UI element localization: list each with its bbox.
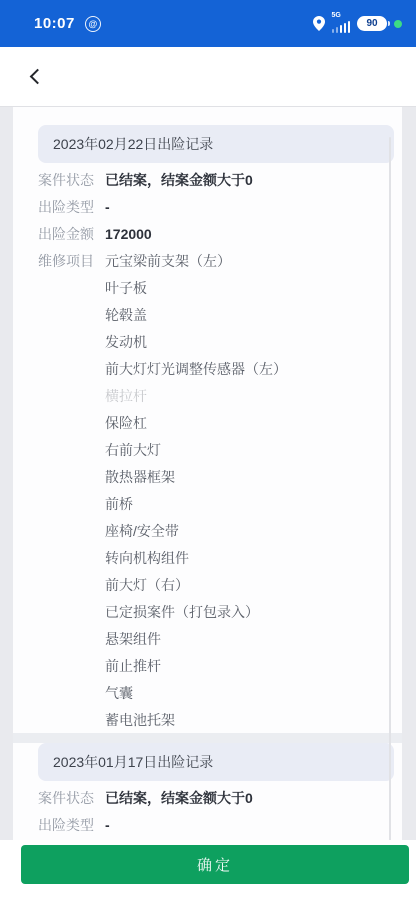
- field-row-case-status: 案件状态 已结案，结案金额大于0: [38, 166, 394, 193]
- repair-item: 右前大灯: [105, 440, 161, 460]
- repair-item: 前大灯（右）: [105, 575, 189, 595]
- repair-item: 叶子板: [105, 278, 147, 298]
- repair-item: 气囊: [105, 683, 133, 703]
- signal-icon: 5G: [332, 14, 351, 33]
- repair-item: 转向机构组件: [105, 548, 189, 568]
- status-dot-icon: [394, 20, 402, 28]
- repair-item: 蓄电池托架: [105, 710, 175, 730]
- location-icon: [313, 16, 325, 31]
- repair-item: 保险杠: [105, 413, 147, 433]
- repair-item-row: 座椅/安全带: [38, 517, 394, 544]
- repair-item: 悬架组件: [105, 629, 161, 649]
- battery-icon: 90: [357, 16, 387, 31]
- repair-item: 前桥: [105, 494, 133, 514]
- screen: 10:07 @ 5G 90 2023: [0, 0, 416, 900]
- repair-item-row: 散热器框架: [38, 463, 394, 490]
- back-button[interactable]: [18, 60, 52, 94]
- status-bar: 10:07 @ 5G 90: [0, 0, 416, 47]
- content-area: 2023年02月22日出险记录 案件状态 已结案，结案金额大于0 出险类型 - …: [0, 107, 416, 899]
- field-value: 已结案，结案金额大于0: [105, 788, 253, 808]
- records-panel: 2023年02月22日出险记录 案件状态 已结案，结案金额大于0 出险类型 - …: [13, 107, 402, 899]
- battery-percent: 90: [366, 18, 377, 29]
- repair-item: 横拉杆: [105, 386, 147, 406]
- repair-item: 发动机: [105, 332, 147, 352]
- record-card-1: 2023年02月22日出险记录 案件状态 已结案，结案金额大于0 出险类型 - …: [13, 125, 402, 733]
- repair-item-row: 发动机: [38, 328, 394, 355]
- field-label: 出险类型: [38, 815, 105, 835]
- repair-item: 轮毂盖: [105, 305, 147, 325]
- field-label: 出险类型: [38, 197, 105, 217]
- repair-item: 元宝梁前支架（左）: [105, 251, 231, 271]
- scrollbar[interactable]: [389, 137, 391, 847]
- repair-item-row: 叶子板: [38, 274, 394, 301]
- field-label: 案件状态: [38, 788, 105, 808]
- field-row-accident-type: 出险类型 -: [38, 811, 394, 838]
- repair-item-row: 已定损案件（打包录入）: [38, 598, 394, 625]
- card-separator: [13, 733, 402, 743]
- field-row-accident-amount: 出险金额 172000: [38, 220, 394, 247]
- footer-bar: 确定: [0, 840, 416, 900]
- repair-item-row: 悬架组件: [38, 625, 394, 652]
- field-row-case-status: 案件状态 已结案，结案金额大于0: [38, 784, 394, 811]
- repair-item-row: 前桥: [38, 490, 394, 517]
- record-title: 2023年02月22日出险记录: [38, 125, 394, 163]
- repair-item-row-faded: 横拉杆: [38, 382, 394, 409]
- back-chevron-icon: [29, 69, 45, 85]
- repair-item-row: 前大灯灯光调整传感器（左）: [38, 355, 394, 382]
- repair-item: 座椅/安全带: [105, 521, 179, 541]
- repair-item: 前大灯灯光调整传感器（左）: [105, 359, 287, 379]
- repair-item: 已定损案件（打包录入）: [105, 602, 259, 622]
- nav-bar: [0, 47, 416, 107]
- field-value: 已结案，结案金额大于0: [105, 170, 253, 190]
- repair-item-row: 轮毂盖: [38, 301, 394, 328]
- field-value: 172000: [105, 226, 152, 242]
- network-type-label: 5G: [332, 12, 341, 19]
- field-value: -: [105, 199, 110, 215]
- repair-item-row: 气囊: [38, 679, 394, 706]
- repair-item: 前止推杆: [105, 656, 161, 676]
- clock: 10:07: [34, 15, 75, 32]
- field-label: 出险金额: [38, 224, 105, 244]
- repair-item-row: 维修项目 元宝梁前支架（左）: [38, 247, 394, 274]
- status-indicators: 5G 90: [313, 14, 403, 33]
- repair-item-row: 前大灯（右）: [38, 571, 394, 598]
- field-label: 维修项目: [38, 251, 105, 271]
- field-label: 案件状态: [38, 170, 105, 190]
- record-card-2: 2023年01月17日出险记录 案件状态 已结案，结案金额大于0 出险类型 -: [13, 743, 402, 838]
- repair-item-row: 右前大灯: [38, 436, 394, 463]
- repair-item-row: 保险杠: [38, 409, 394, 436]
- confirm-button[interactable]: 确定: [21, 845, 409, 884]
- repair-item-row: 转向机构组件: [38, 544, 394, 571]
- repair-item: 散热器框架: [105, 467, 175, 487]
- record-title: 2023年01月17日出险记录: [38, 743, 394, 781]
- field-row-accident-type: 出险类型 -: [38, 193, 394, 220]
- field-value: -: [105, 817, 110, 833]
- repair-item-row: 蓄电池托架: [38, 706, 394, 733]
- repair-item-row: 前止推杆: [38, 652, 394, 679]
- status-app-icon: @: [85, 16, 101, 32]
